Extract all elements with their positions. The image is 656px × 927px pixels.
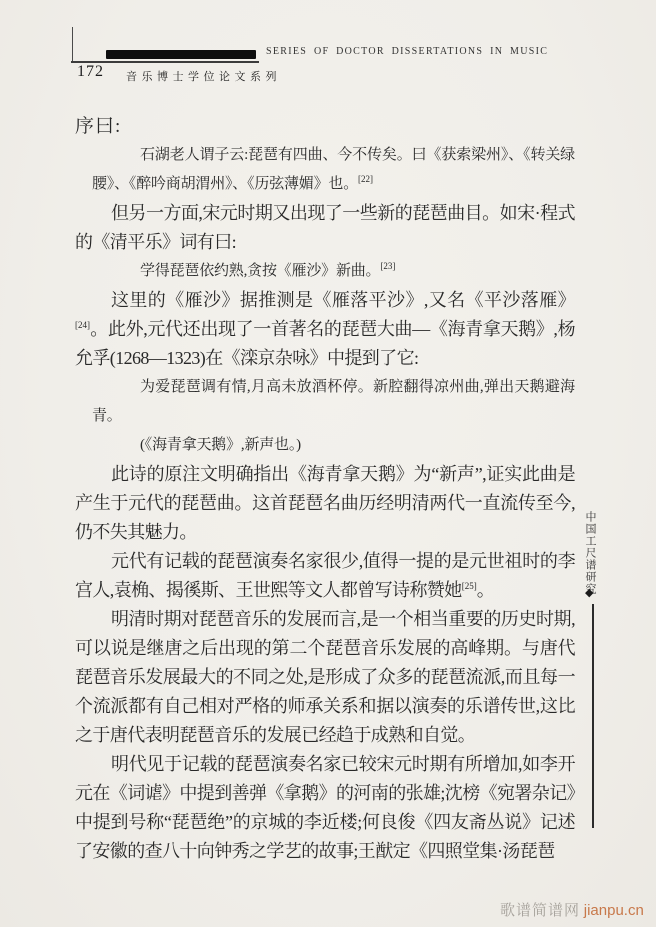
- page-number: 172: [77, 63, 104, 81]
- paragraph-3: 此诗的原注文明确指出《海青拿天鹅》为“新声”,证实此曲是产生于元代的琵琶曲。这首…: [75, 460, 575, 547]
- watermark: 歌谱简谱网 jianpu.cn: [500, 899, 644, 920]
- quote-block-3: 为爱琵琶调有情,月高未放酒杯停。新腔翻得凉州曲,弹出天鹅避海青。: [75, 373, 575, 431]
- preface-label: 序曰:: [75, 112, 575, 141]
- paragraph-2-post: 。此外,元代还出现了一首著名的琵琶大曲—《海青拿天鹅》,杨允孚(1268—132…: [75, 319, 575, 368]
- quote-1-text: 石湖老人谓子云:琵琶有四曲、今不传矣。曰《获索梁州》、《转关绿腰》、《醉吟商胡渭…: [92, 147, 575, 192]
- paragraph-1: 但另一方面,宋元时期又出现了一些新的琵琶曲目。如宋·程式的《清平乐》词有曰:: [75, 199, 575, 257]
- scanned-book-page: SERIES OF DOCTOR DISSERTATIONS IN MUSIC …: [0, 0, 656, 927]
- margin-vertical-rule: [592, 604, 594, 828]
- footnote-ref-25: [25]: [462, 581, 477, 591]
- footnote-ref-23: [23]: [380, 261, 395, 271]
- paragraph-4: 元代有记载的琵琶演奏名家很少,值得一提的是元世祖时的李宫人,袁桷、揭徯斯、王世熙…: [75, 547, 575, 605]
- quote-block-1: 石湖老人谓子云:琵琶有四曲、今不传矣。曰《获索梁州》、《转关绿腰》、《醉吟商胡渭…: [75, 141, 575, 199]
- footnote-ref-24: [24]: [75, 320, 90, 330]
- quote-3-annotation: (《海青拿天鹅》,新声也。): [75, 431, 575, 460]
- paragraph-4-post: 。: [477, 580, 494, 600]
- header-corner-rule: [72, 27, 73, 62]
- footnote-ref-22: [22]: [358, 174, 373, 184]
- paragraph-5: 明清时期对琵琶音乐的发展而言,是一个相当重要的历史时期,可以说是继唐之后出现的第…: [75, 605, 575, 750]
- series-title-en: SERIES OF DOCTOR DISSERTATIONS IN MUSIC: [266, 46, 548, 57]
- watermark-site-name: 歌谱简谱网: [500, 903, 580, 919]
- paragraph-4-pre: 元代有记载的琵琶演奏名家很少,值得一提的是元世祖时的李宫人,袁桷、揭徯斯、王世熙…: [75, 551, 575, 600]
- header-black-bar: [106, 50, 256, 59]
- page-body: 序曰: 石湖老人谓子云:琵琶有四曲、今不传矣。曰《获索梁州》、《转关绿腰》、《醉…: [75, 112, 575, 866]
- book-title-vertical: 中国工尺谱研究: [582, 511, 598, 595]
- diamond-icon: ◆: [585, 586, 593, 599]
- series-title-cn: 音乐博士学位论文系列: [126, 68, 281, 84]
- watermark-site-url: jianpu.cn: [584, 902, 644, 919]
- paragraph-6: 明代见于记载的琵琶演奏名家已较宋元时期有所增加,如李开元在《词谑》中提到善弹《拿…: [75, 750, 575, 866]
- quote-2-text: 学得琵琶依约熟,贪按《雁沙》新曲。: [140, 263, 380, 279]
- paragraph-2-pre: 这里的《雁沙》据推测是《雁落平沙》,又名《平沙落雁》: [111, 290, 575, 310]
- paragraph-2: 这里的《雁沙》据推测是《雁落平沙》,又名《平沙落雁》[24]。此外,元代还出现了…: [75, 286, 575, 373]
- quote-block-2: 学得琵琶依约熟,贪按《雁沙》新曲。[23]: [75, 257, 575, 286]
